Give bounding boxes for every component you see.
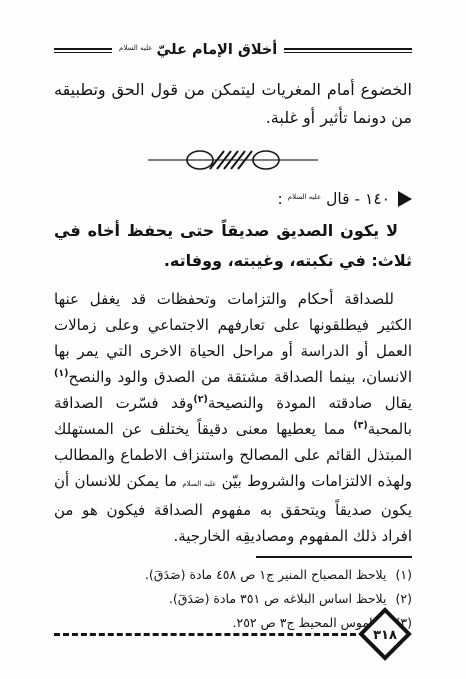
footnote-ref-3: (٣) [353, 420, 368, 431]
book-title: أخلاق الإمام عليّ عليه السلام [119, 42, 277, 58]
commentary-text-1: للصداقة أحكام والتزامات وتحفظات قد يغفل … [54, 290, 412, 386]
hadith-number-text: ١٤٠ - قال [326, 190, 390, 208]
header-rule-right [284, 48, 412, 53]
page-content: أخلاق الإمام عليّ عليه السلام الخضوع أما… [0, 0, 466, 635]
footnote-marker: (١) [396, 563, 413, 587]
page-number-diamond: ٣١٨ [358, 607, 412, 661]
page-number: ٣١٨ [373, 628, 397, 643]
page-footer: ٣١٨ [54, 607, 412, 661]
footnote-ref-1: (١) [54, 368, 69, 379]
footer-dashed-rule [54, 633, 356, 636]
hadith-number-label: ١٤٠ - قال عليه السلام : [278, 190, 390, 208]
footnote-ref-2: (٢) [193, 394, 208, 405]
header-rule-left [54, 48, 112, 53]
hadith-quote: لا يكون الصديق صديقاً حتى يحفظ أخاه في ث… [54, 216, 412, 276]
hadith-marker-triangle-icon [398, 191, 412, 207]
alayhis-salam-seal-icon: عليه السلام [119, 45, 152, 52]
book-title-text: أخلاق الإمام عليّ [156, 42, 277, 58]
alayhis-salam-seal-icon: عليه السلام [288, 194, 321, 201]
footnote-text: يلاحظ المصباح المنير ج١ ص ٤٥٨ مادة (صَدَ… [54, 563, 387, 587]
hadith-colon: : [278, 190, 283, 208]
alayhis-salam-seal-icon: عليه السلام [182, 480, 216, 488]
footnote-separator [256, 556, 412, 558]
page-header: أخلاق الإمام عليّ عليه السلام [54, 42, 412, 58]
commentary-text-2: يقال صادقته المودة والنصيحة [208, 394, 412, 412]
calligraphic-knot-divider-icon [148, 142, 318, 178]
commentary-paragraph: للصداقة أحكام والتزامات وتحفظات قد يغفل … [54, 286, 412, 549]
intro-paragraph: الخضوع أمام المغريات ليتمكن من قول الحق … [54, 76, 412, 132]
hadith-heading: ١٤٠ - قال عليه السلام : [54, 190, 412, 208]
book-page: أخلاق الإمام عليّ عليه السلام الخضوع أما… [0, 0, 466, 679]
footnote-row: (١) يلاحظ المصباح المنير ج١ ص ٤٥٨ مادة (… [54, 563, 412, 587]
